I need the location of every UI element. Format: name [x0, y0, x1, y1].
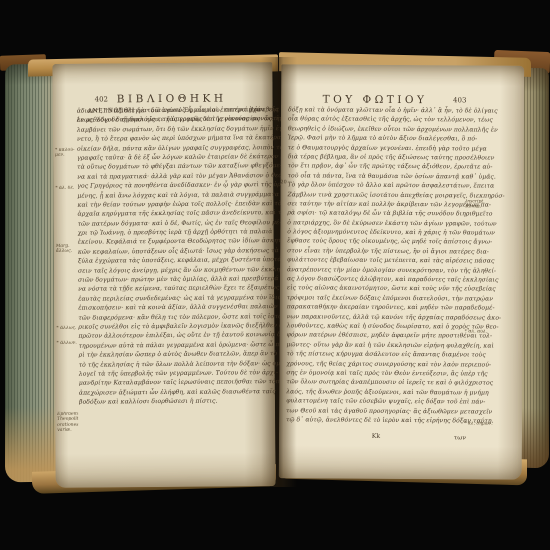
book-photograph: 402 ΒΙΒΛΙΟΘΗΚΗ ἀδιαντὶ, τὸ ἀξιόλεγμα· δι…: [0, 0, 550, 550]
text-line: λεως, λόγοι διάφοροι εἴς τε τὰς γραφὰς κ…: [77, 114, 313, 125]
right-page-text-block: δόξῃ καὶ τὰ ὀνόματα γλῶτταν οἷα ὁ ἡμῖν· …: [286, 105, 462, 436]
margin-note-latin: Ephraemii Theopolitani orationes variæ.: [57, 412, 78, 442]
margin-note: Inscript. Romæ.: [465, 199, 491, 210]
text-line: βοδόξων καὶ καλλίοσι διορθώσεσι ἡ πίστις…: [79, 396, 295, 407]
margin-note: * καλού- μεν.: [55, 148, 76, 159]
catchword-right: των: [454, 433, 466, 442]
left-page: 402 ΒΙΒΛΙΟΘΗΚΗ ἀδιαντὶ, τὸ ἀξιόλεγμα· δι…: [52, 62, 275, 488]
fore-edge-page-stack-right: [521, 68, 549, 469]
margin-note: * ἄλλων.: [57, 341, 78, 346]
running-title-right: ΤΟΥ ΦΩΤΙΟΥ: [288, 93, 462, 106]
margin-note: * ἄλλως.: [56, 326, 77, 331]
running-title-left: ΒΙΒΛΙΟΘΗΚΗ: [77, 92, 267, 105]
left-page-body-lines: ἀδιαντὶ, τὸ ἀξιόλεγμα· διὰ παντὸς ἦ, οἷα…: [77, 105, 296, 407]
signature-mark: Kk: [286, 432, 466, 440]
margin-note: Marg. ἄλλως.: [56, 244, 77, 255]
right-page-body-lines: δόξῃ καὶ τὰ ὀνόματα γλῶτταν οἷα ὁ ἡμῖν· …: [286, 105, 505, 426]
margin-note: * ἀλ. δέ.: [55, 186, 76, 191]
margin-note: * ἀλ. αὐλ.: [465, 329, 515, 335]
signature-row: Kk των: [286, 432, 466, 440]
margin-section-number: 20: [281, 180, 287, 185]
fore-edge-page-stack-left: [5, 64, 59, 483]
page-number-right: 403: [453, 96, 466, 104]
left-page-closing-section: ΑΝΕΓΝΩΣΘΗ δὲ τοῦ ἁγίου Ἐφραιμίου, πατριά…: [77, 105, 313, 126]
margin-note: * ἀλ. δήμων.: [464, 421, 514, 427]
right-page: ΤΟΥ ΦΩΤΙΟΥ 403 20 δόξῃ καὶ τὰ ὀνόματα γλ…: [279, 64, 525, 479]
left-page-text-block: ἀδιαντὶ, τὸ ἀξιόλεγμα· διὰ παντὸς ἦ, οἷα…: [77, 105, 270, 466]
